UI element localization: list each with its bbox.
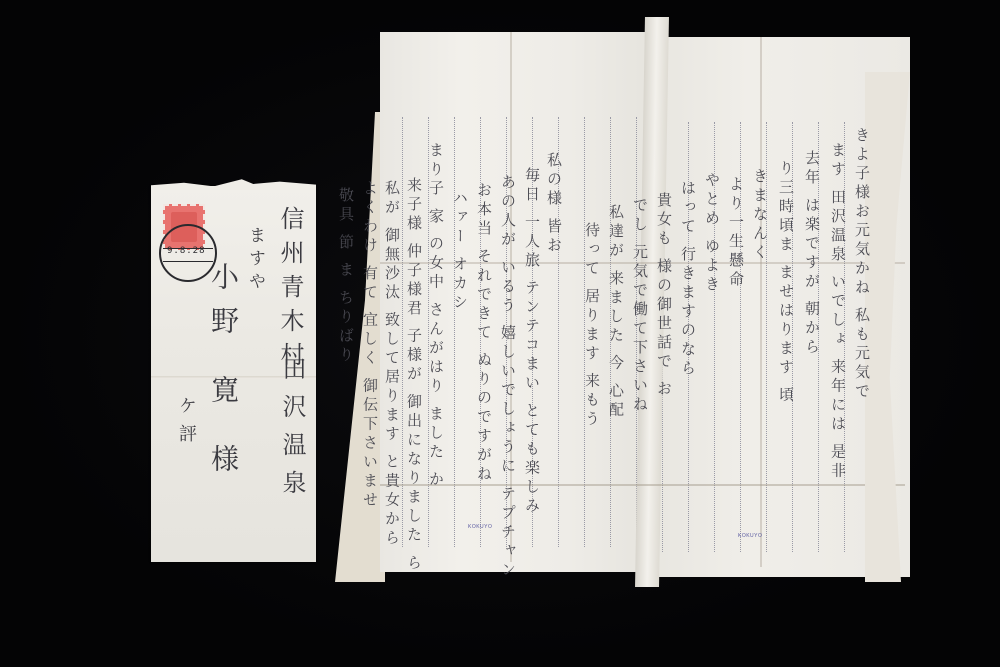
letter-line: 貴女も 様の御世話で お	[655, 192, 673, 400]
letter-line: でし 元気で働て下さいね	[631, 197, 649, 415]
letter-line: 来子様 仲子様君 子様が 御出になりました ら	[405, 177, 423, 573]
letter-line: きよ子様お元気かね 私も元気で	[853, 127, 871, 402]
letter-fold-horizontal-lower	[380, 484, 905, 486]
envelope-recipient: 小野 寛 様	[203, 262, 243, 488]
letter-sheet: KOKUYO KOKUYO きよ子様お元気かね 私も元気で ます 田沢温泉 いで…	[345, 32, 905, 587]
letter-line: やとめ ゆよき	[703, 172, 721, 295]
letter-line: より一生懸命	[727, 176, 745, 290]
letter-line: きまなんく	[751, 168, 769, 263]
envelope-address-3: ますや	[243, 226, 268, 295]
paper-maker-mark: KOKUYO	[468, 524, 492, 530]
letter-line: 去年 は楽ですが 朝から	[803, 150, 821, 358]
letter-line: はって 行きますのなら	[679, 180, 697, 379]
letter-line: お本当 それできて ぬりのですがね	[475, 182, 493, 485]
paper-maker-mark-right: KOKUYO	[738, 533, 762, 539]
letter-line: ます 田沢温泉 いでしょ 来年には 是非	[829, 142, 847, 481]
postmark-date: 9.8.28	[167, 246, 206, 256]
envelope-address-1: 信州青木村	[273, 206, 308, 376]
letter-line: ハァー オカシ	[451, 190, 469, 313]
envelope-address-2: 田沢温泉	[275, 356, 310, 508]
letter-line: り三時頃ま ませはります 頃	[777, 160, 795, 406]
letter-line: よくわけ 有て 宜しく 御伝下さいませ	[361, 180, 379, 510]
letter-line: 私達が 来ました 今 心配	[607, 204, 625, 420]
letter-line: 敬具 節 ま ちりばり	[337, 187, 355, 365]
letter-line: あの人が いるう 嬉しいでしょうに テプチャン	[499, 174, 517, 580]
letter-line: 私の様 皆お	[545, 152, 563, 256]
envelope: 9.8.28 信州青木村 田沢温泉 ますや 小野 寛 様 ケ評	[151, 186, 316, 562]
letter-line: 毎日 一人旅 テンテコまい とても楽しみ	[523, 167, 541, 516]
envelope-sender-note: ケ評	[173, 396, 199, 452]
letter-line: まり子 家 の女中 さんがはり ました か	[427, 142, 445, 490]
letter-line: 私が 御無沙汰 致して居ります と貴女から	[383, 180, 401, 548]
letter-line: 待って 居ります 来もう	[583, 222, 601, 430]
